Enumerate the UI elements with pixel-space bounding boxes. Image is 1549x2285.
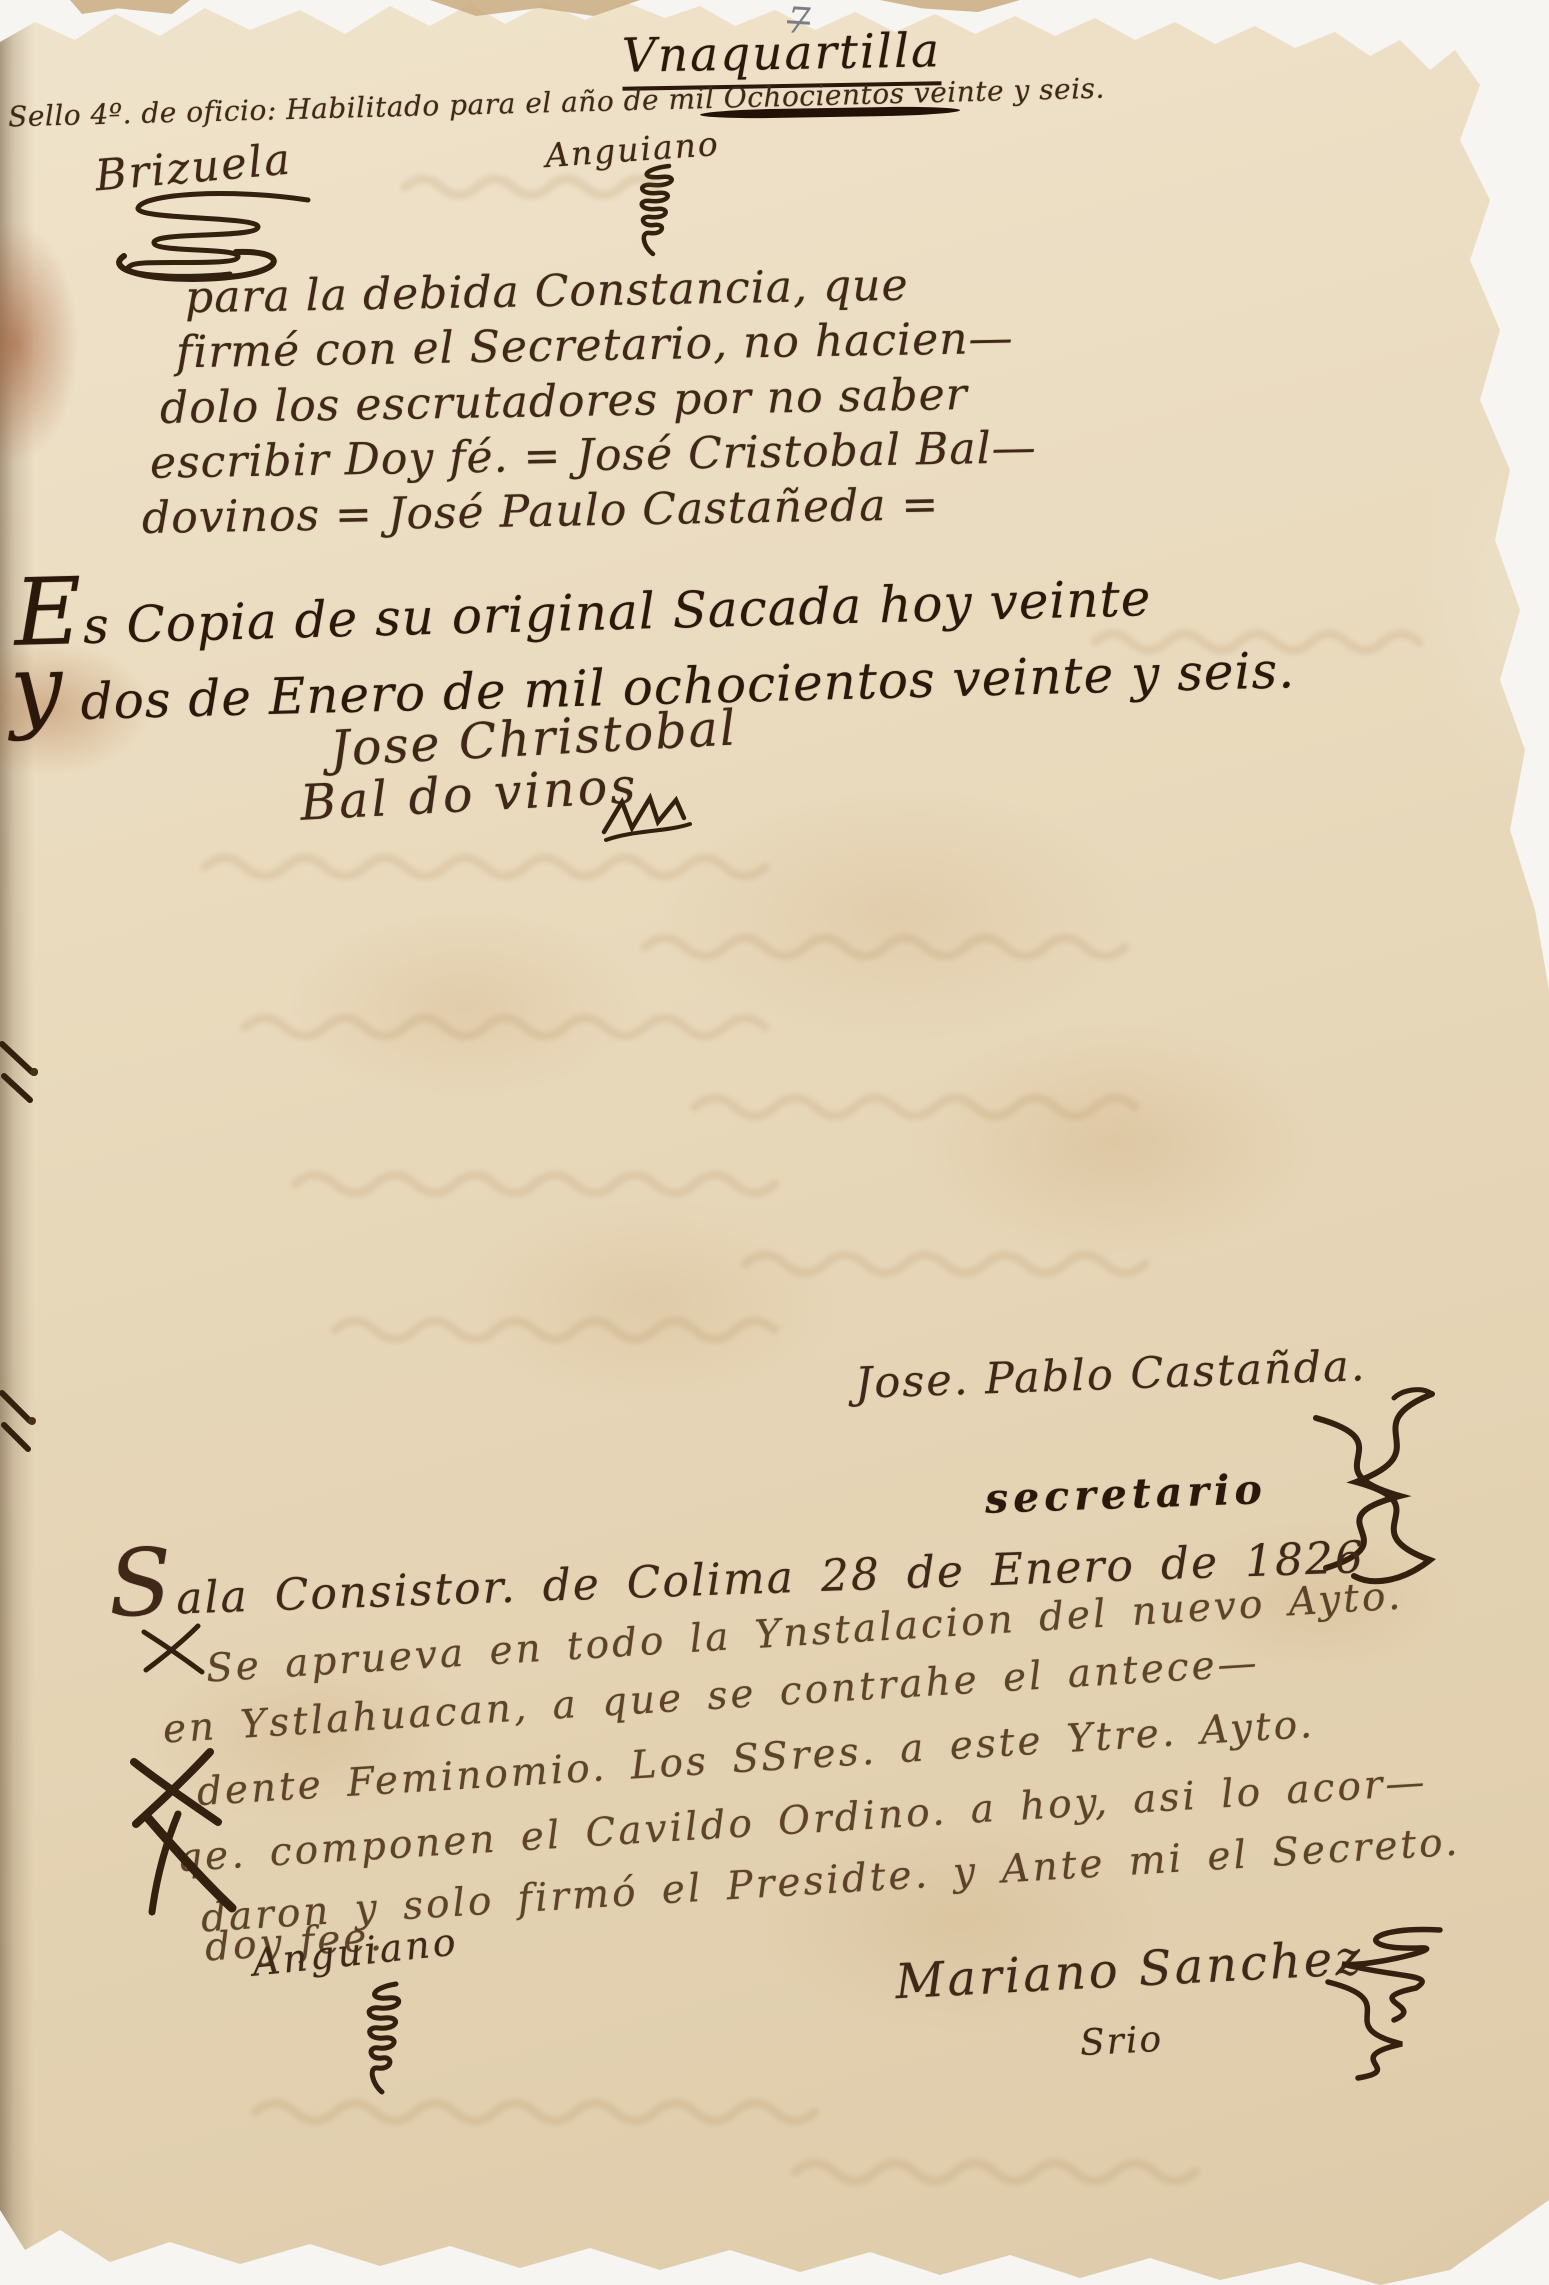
binding-stitch [0,1385,42,1457]
torn-paper-remnant [70,0,190,14]
binding-stitch [0,1038,42,1110]
bleed-through-writing [740,1242,1160,1282]
bleed-through-writing [790,2150,1230,2190]
bleed-through-writing [250,2090,850,2130]
sanchez-rubric-flourish [1298,1922,1448,2082]
bleed-through-writing [1090,620,1470,660]
margin-cross-mark [138,1618,208,1678]
bleed-through-writing [640,925,1140,965]
bleed-through-writing [690,1085,1150,1125]
scanned-manuscript: 7 Vnaquartilla Sello 4º. de oficio: Habi… [0,0,1549,2285]
torn-paper-remnant [880,0,1020,12]
anguiano-bottom-rubric-flourish [352,1978,412,2098]
signature-sanchez-line2: Srio [1079,2020,1164,2064]
baldovinos-rubric-flourish [600,790,695,845]
bleed-through-writing [290,1162,810,1202]
bleed-through-writing [200,845,800,885]
bleed-through-writing [400,165,680,205]
brizuela-rubric-flourish [108,188,318,283]
bleed-through-writing [240,1005,800,1045]
bleed-through-writing [330,1308,790,1348]
margin-slash-mark [134,1808,244,1918]
